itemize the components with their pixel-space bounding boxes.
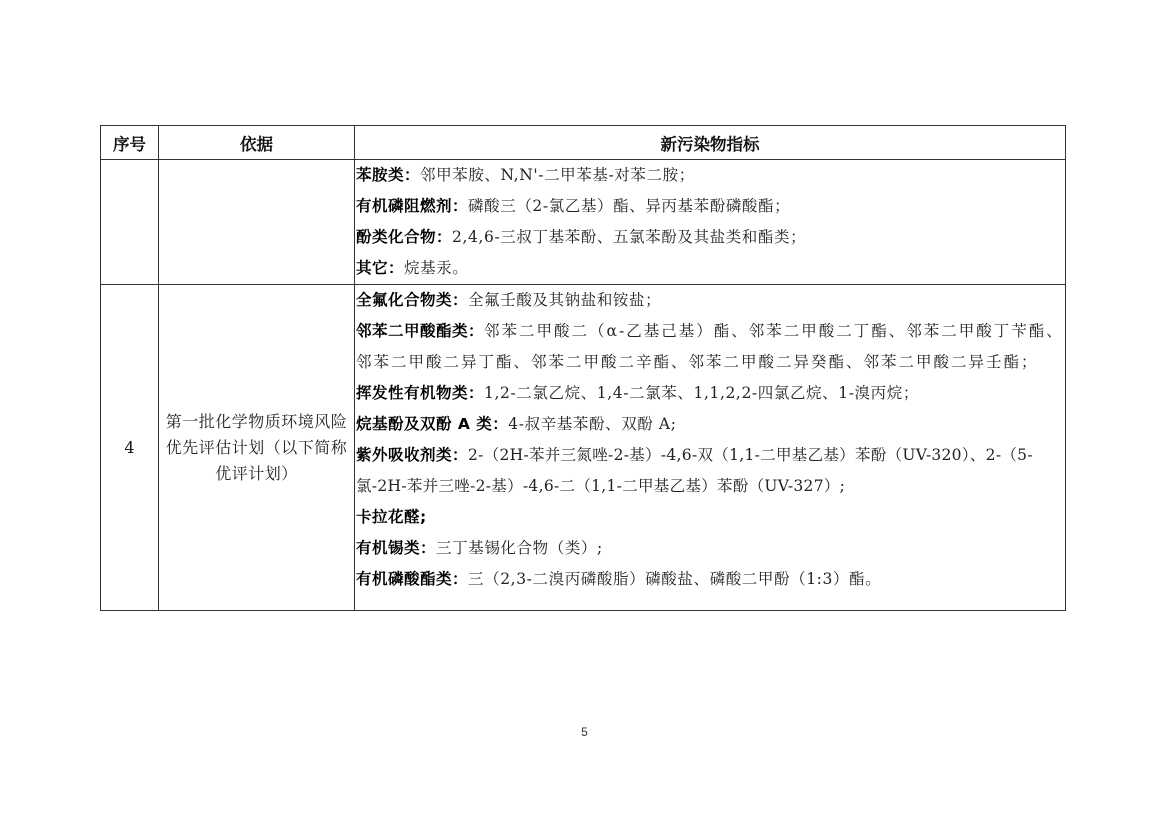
indicator-category: 烷基酚及双酚 A 类：	[356, 415, 508, 433]
indicator-substances: 4-叔辛基苯酚、双酚 A;	[508, 415, 676, 433]
indicator-substances: 磷酸三（2-氯乙基）酯、异丙基苯酚磷酸酯；	[468, 197, 790, 215]
table-row: 苯胺类：邻甲苯胺、N,N'-二甲苯基-对苯二胺； 有机磷阻燃剂：磷酸三（2-氯乙…	[101, 160, 1066, 285]
header-serial-no: 序号	[101, 126, 159, 160]
indicator-category: 挥发性有机物类：	[356, 384, 484, 402]
indicator-category: 卡拉花醛;	[356, 508, 427, 526]
indicator-line: 挥发性有机物类：1,2-二氯乙烷、1,4-二氯苯、1,1,2,2-四氯乙烷、1-…	[356, 378, 1065, 409]
header-basis: 依据	[159, 126, 355, 160]
indicator-line: 紫外吸收剂类：2-（2H-苯并三氮唑-2-基）-4,6-双（1,1-二甲基乙基）…	[356, 440, 1065, 502]
indicators-cell: 全氟化合物类：全氟壬酸及其钠盐和铵盐； 邻苯二甲酸酯类：邻苯二甲酸二（α-乙基己…	[355, 285, 1066, 611]
header-indicators: 新污染物指标	[355, 126, 1066, 160]
indicator-category: 苯胺类：	[356, 166, 420, 184]
indicator-line: 有机锡类：三丁基锡化合物（类）;	[356, 533, 1065, 564]
basis-cell: 第一批化学物质环境风险优先评估计划（以下简称优评计划）	[159, 285, 355, 611]
indicator-substances: 1,2-二氯乙烷、1,4-二氯苯、1,1,2,2-四氯乙烷、1-溴丙烷；	[484, 384, 919, 402]
indicator-line: 邻苯二甲酸酯类：邻苯二甲酸二（α-乙基己基）酯、邻苯二甲酸二丁酯、邻苯二甲酸丁苄…	[356, 316, 1065, 378]
indicator-category: 有机磷阻燃剂：	[356, 197, 468, 215]
indicator-substances: 2,4,6-三叔丁基苯酚、五氯苯酚及其盐类和酯类；	[452, 228, 806, 246]
indicator-line: 卡拉花醛;	[356, 502, 1065, 533]
indicator-line: 有机磷酸酯类：三（2,3-二溴丙磷酸脂）磷酸盐、磷酸二甲酚（1:3）酯。	[356, 564, 1065, 595]
serial-no-cell	[101, 160, 159, 285]
indicator-line: 有机磷阻燃剂：磷酸三（2-氯乙基）酯、异丙基苯酚磷酸酯；	[356, 191, 1065, 222]
indicator-category: 酚类化合物：	[356, 228, 452, 246]
pollutant-indicator-table: 序号 依据 新污染物指标 苯胺类：邻甲苯胺、N,N'-二甲苯基-对苯二胺； 有机…	[100, 125, 1066, 611]
indicator-line: 其它：烷基汞。	[356, 253, 1065, 284]
indicator-line: 苯胺类：邻甲苯胺、N,N'-二甲苯基-对苯二胺；	[356, 160, 1065, 191]
indicator-category: 紫外吸收剂类：	[356, 446, 468, 464]
indicator-category: 有机锡类：	[356, 539, 436, 557]
serial-no-cell: 4	[101, 285, 159, 611]
indicator-category: 邻苯二甲酸酯类：	[356, 322, 484, 340]
indicator-substances: 三丁基锡化合物（类）;	[436, 539, 603, 557]
table-row: 4 第一批化学物质环境风险优先评估计划（以下简称优评计划） 全氟化合物类：全氟壬…	[101, 285, 1066, 611]
indicator-line: 全氟化合物类：全氟壬酸及其钠盐和铵盐；	[356, 285, 1065, 316]
page-number: 5	[0, 725, 1169, 739]
table-header-row: 序号 依据 新污染物指标	[101, 126, 1066, 160]
indicator-line: 酚类化合物：2,4,6-三叔丁基苯酚、五氯苯酚及其盐类和酯类；	[356, 222, 1065, 253]
indicator-substances: 三（2,3-二溴丙磷酸脂）磷酸盐、磷酸二甲酚（1:3）酯。	[468, 570, 881, 588]
indicator-substances: 全氟壬酸及其钠盐和铵盐；	[468, 291, 661, 309]
indicator-category: 其它：	[356, 259, 404, 277]
indicator-line: 烷基酚及双酚 A 类：4-叔辛基苯酚、双酚 A;	[356, 409, 1065, 440]
indicator-category: 全氟化合物类：	[356, 291, 468, 309]
indicator-substances: 烷基汞。	[404, 259, 468, 277]
indicator-category: 有机磷酸酯类：	[356, 570, 468, 588]
indicator-substances: 邻甲苯胺、N,N'-二甲苯基-对苯二胺；	[420, 166, 695, 184]
basis-cell	[159, 160, 355, 285]
indicators-cell: 苯胺类：邻甲苯胺、N,N'-二甲苯基-对苯二胺； 有机磷阻燃剂：磷酸三（2-氯乙…	[355, 160, 1066, 285]
